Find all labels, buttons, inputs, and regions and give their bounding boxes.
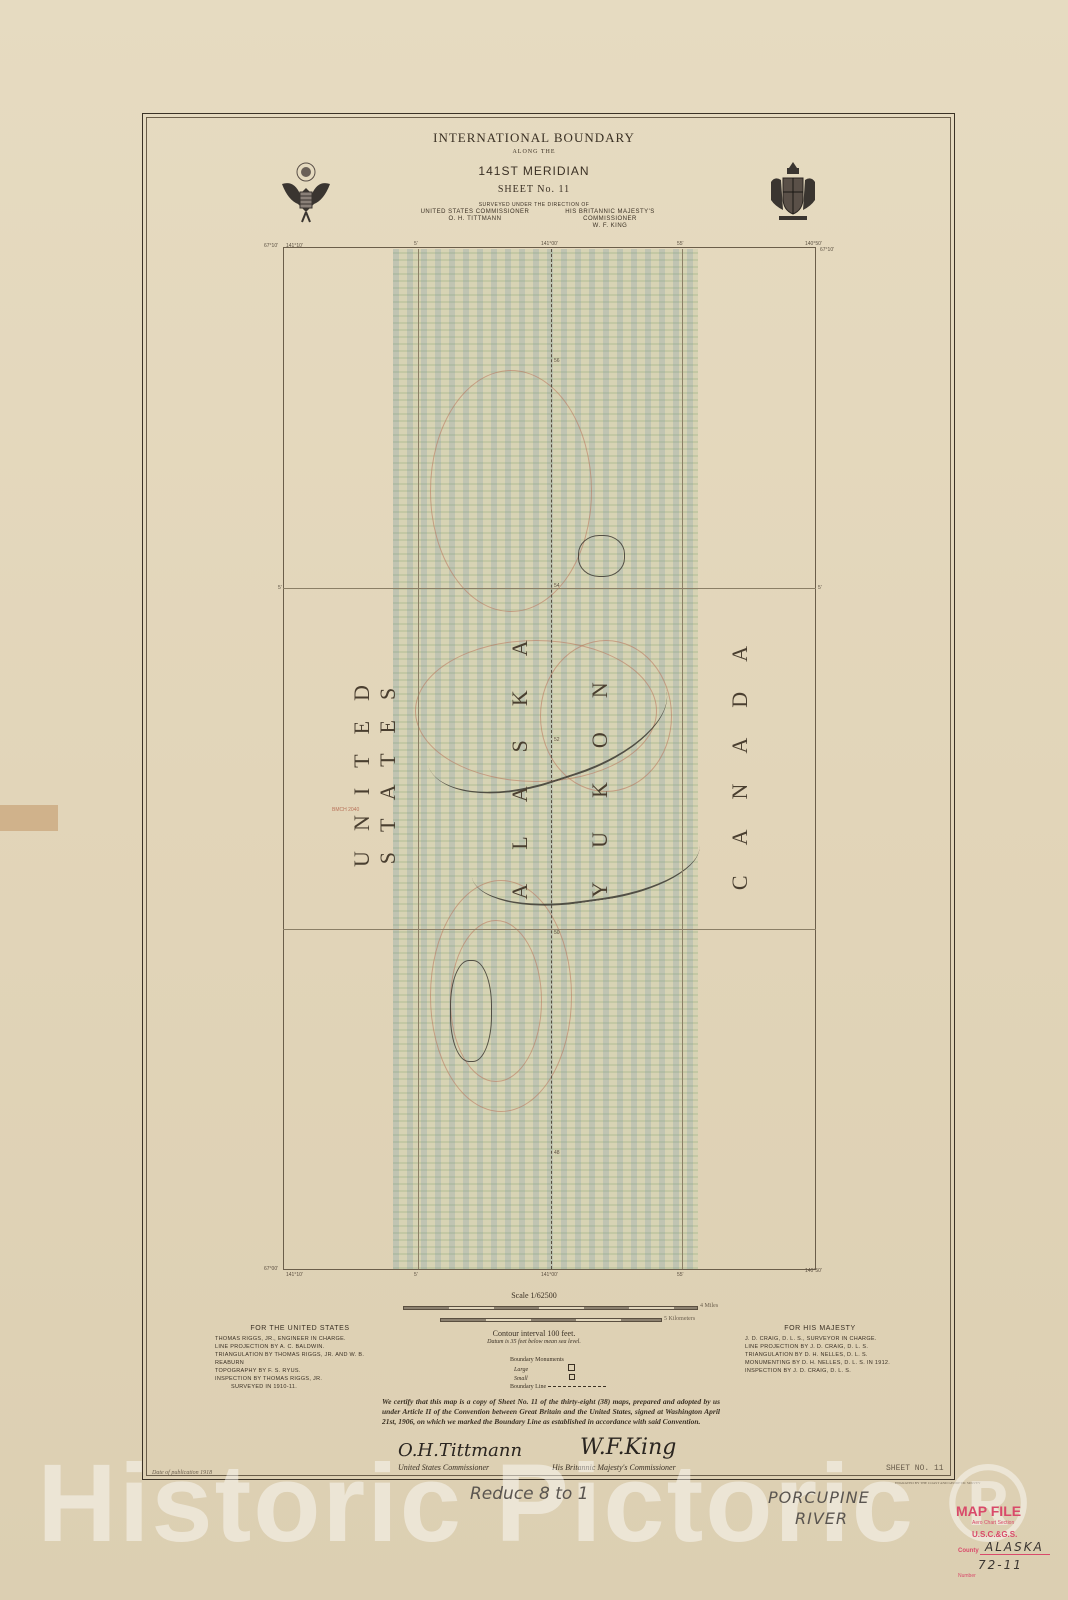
pencil-note-reduce: Reduce 8 to 1: [470, 1484, 589, 1504]
credit-line: LINE PROJECTION BY J. D. CRAIG, D. L. S.: [745, 1343, 895, 1351]
credit-line: LINE PROJECTION BY A. C. BALDWIN.: [215, 1343, 385, 1351]
coord-label: 5': [818, 585, 822, 591]
coord-label: 55': [677, 241, 684, 247]
credits-us: FOR THE UNITED STATES THOMAS RIGGS, JR.,…: [215, 1325, 385, 1391]
map-title: INTERNATIONAL BOUNDARY: [0, 130, 1068, 146]
scale-km-label: 5 Kilometers: [664, 1316, 695, 1322]
scale-label: Scale 1/62500: [0, 1291, 1068, 1300]
coord-label: 67°10': [820, 247, 834, 253]
stamp-county-label: County: [958, 1548, 979, 1554]
credit-line: TRIANGULATION BY D. H. NELLES, D. L. S.: [745, 1351, 895, 1359]
grid-line: [418, 249, 419, 1269]
river-channel: [578, 535, 625, 577]
legend: Boundary Monuments Large Small Boundary …: [510, 1356, 606, 1391]
uk-commissioner-name: W. F. KING: [540, 223, 680, 230]
legend-large: Large: [510, 1364, 606, 1374]
uk-commissioner: HIS BRITANNIC MAJESTY'S COMMISSIONER W. …: [540, 209, 680, 230]
legend-title: Boundary Monuments: [510, 1356, 606, 1364]
coord-label: 5': [414, 1272, 418, 1278]
credit-line: INSPECTION BY J. D. CRAIG, D. L. S.: [745, 1367, 895, 1375]
pencil-note-porcupine: PORCUPINE: [768, 1488, 870, 1507]
region-label-alaska: ALASKA: [507, 603, 533, 903]
sheet-number: SHEET No. 11: [0, 184, 1068, 195]
monument-small-icon: [569, 1374, 575, 1380]
us-commissioner-title: UNITED STATES COMMISSIONER: [420, 209, 530, 216]
stamp-sub: Aero Chart Section: [972, 1520, 1014, 1526]
certification-text: We certify that this map is a copy of Sh…: [382, 1397, 720, 1427]
credits-uk-heading: FOR HIS MAJESTY: [745, 1325, 895, 1333]
coord-label: 5': [414, 241, 418, 247]
stamp-county-value: ALASKA: [985, 1540, 1044, 1554]
credit-line: TOPOGRAPHY BY F. S. RYUS.: [215, 1367, 385, 1375]
coord-label: 140°50': [805, 1268, 822, 1274]
monument-label: 56: [554, 358, 560, 364]
scale-miles-label: 4 Miles: [700, 1303, 718, 1309]
contour-line: [430, 370, 592, 612]
scale-bar-miles: [403, 1306, 698, 1310]
surveyed-under: SURVEYED UNDER THE DIRECTION OF: [0, 202, 1068, 208]
monument-large-icon: [568, 1364, 575, 1371]
coord-label: 141°00': [541, 1272, 558, 1278]
contour-interval: Contour interval 100 feet.: [0, 1329, 1068, 1338]
stamp-underline: [980, 1554, 1050, 1555]
credit-line: TRIANGULATION BY THOMAS RIGGS, JR. AND W…: [215, 1351, 385, 1367]
credits-uk: FOR HIS MAJESTY J. D. CRAIG, D. L. S., S…: [745, 1325, 895, 1375]
stamp-agency: U.S.C.&G.S.: [972, 1530, 1017, 1539]
legend-small: Small: [510, 1374, 606, 1383]
map-subtitle-along: ALONG THE: [0, 149, 1068, 155]
coord-label: 67°10': [264, 243, 278, 249]
monument-label: 48: [554, 1150, 560, 1156]
credit-line: THOMAS RIGGS, JR., ENGINEER IN CHARGE.: [215, 1335, 385, 1343]
grid-line: [283, 588, 816, 589]
grid-line: [682, 249, 683, 1269]
credit-line: MONUMENTING BY D. H. NELLES, D. L. S. IN…: [745, 1359, 895, 1367]
credit-line: INSPECTION BY THOMAS RIGGS, JR.: [215, 1375, 385, 1383]
coord-label: 55': [677, 1272, 684, 1278]
boundary-line-icon: [548, 1386, 606, 1387]
map-file-stamp: MAP FILE: [956, 1503, 1021, 1519]
british-royal-arms-icon: [765, 160, 821, 224]
coord-label: 141°10': [286, 243, 303, 249]
us-commissioner-name: O. H. TITTMANN: [420, 216, 530, 223]
tape-mark: [0, 805, 58, 831]
meridian-label: 141ST MERIDIAN: [0, 164, 1068, 178]
credit-line: J. D. CRAIG, D. L. S., SURVEYOR IN CHARG…: [745, 1335, 895, 1343]
us-commissioner: UNITED STATES COMMISSIONER O. H. TITTMAN…: [420, 209, 530, 223]
pencil-note-river: RIVER: [795, 1509, 848, 1528]
uk-commissioner-title: HIS BRITANNIC MAJESTY'S COMMISSIONER: [540, 209, 680, 223]
credits-us-heading: FOR THE UNITED STATES: [215, 1325, 385, 1333]
country-label-united-states: UNITED STATES: [349, 616, 401, 916]
credit-line: SURVEYED IN 1910-11.: [215, 1383, 385, 1391]
grid-line: [283, 929, 816, 930]
monument-label: 52: [554, 737, 560, 743]
coord-label: 5': [278, 585, 282, 591]
scale-bar-km: [440, 1318, 662, 1322]
boundary-line-141: [551, 249, 552, 1269]
stamp-number-value: 72-11: [978, 1558, 1023, 1572]
datum-note: Datum is 35 feet below mean sea level.: [0, 1339, 1068, 1345]
legend-boundary: Boundary Line: [510, 1383, 606, 1391]
coord-label: 141°10': [286, 1272, 303, 1278]
river-channel: [450, 960, 492, 1062]
stamp-number-label: Number: [958, 1573, 976, 1579]
region-label-yukon: YUKON: [587, 623, 613, 923]
monument-label: 50: [554, 930, 560, 936]
coord-label: 67°00': [264, 1266, 278, 1272]
us-great-seal-icon: [278, 160, 334, 224]
country-label-canada: CANADA: [727, 603, 753, 903]
coord-label: 141°00': [541, 241, 558, 247]
monument-label: 54: [554, 583, 560, 589]
